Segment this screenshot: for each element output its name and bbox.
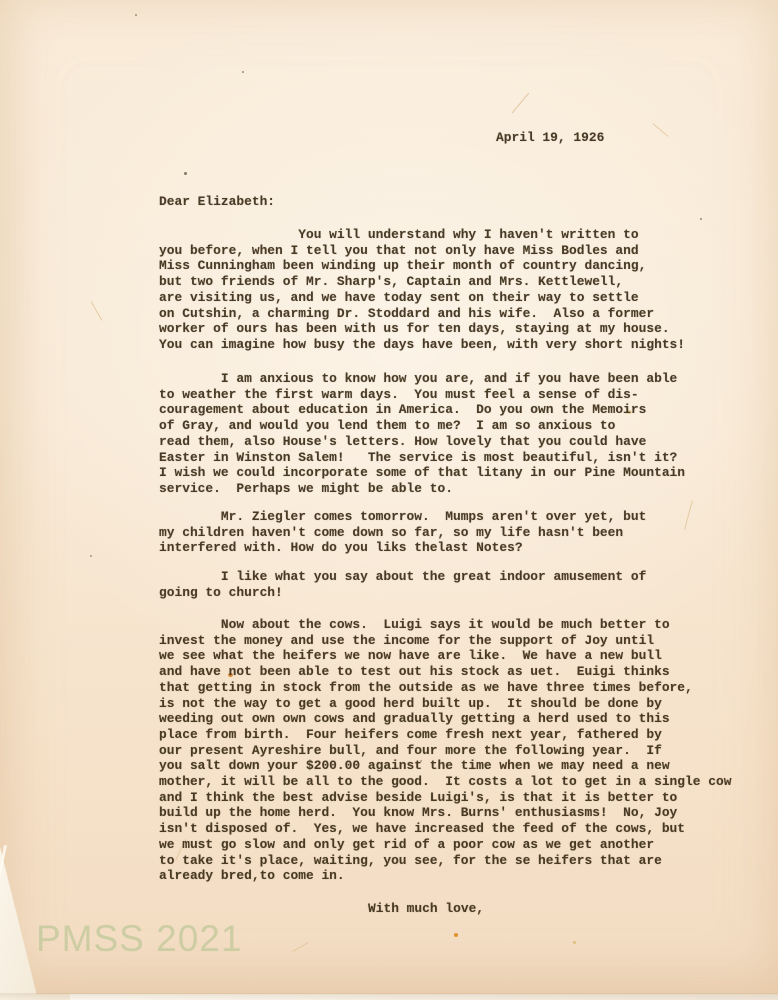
scanned-letter-page: April 19, 1926 Dear Elizabeth: You will … (0, 0, 778, 1000)
letter-paragraph-2: I am anxious to know how you are, and if… (159, 371, 685, 497)
paper-speck (135, 14, 137, 16)
letter-paragraph-4: I like what you say about the great indo… (159, 569, 646, 600)
paper-speck (700, 218, 702, 220)
paper-speck (573, 941, 576, 944)
letter-paragraph-3: Mr. Ziegler comes tomorrow. Mumps aren't… (159, 509, 646, 556)
paper-speck (242, 71, 244, 73)
pmss-2021-watermark: PMSS 2021 (36, 918, 242, 960)
letter-closing: With much love, (368, 901, 484, 917)
letter-paragraph-5: Now about the cows. Luigi says it would … (159, 617, 731, 884)
rust-stain (454, 933, 458, 937)
letter-salutation: Dear Elizabeth: (159, 194, 275, 210)
letter-paragraph-1: You will understand why I haven't writte… (159, 227, 685, 353)
paper-speck (90, 555, 92, 557)
scan-bottom-edge (0, 993, 778, 1000)
paper-speck (184, 172, 187, 175)
letter-date: April 19, 1926 (496, 130, 604, 146)
